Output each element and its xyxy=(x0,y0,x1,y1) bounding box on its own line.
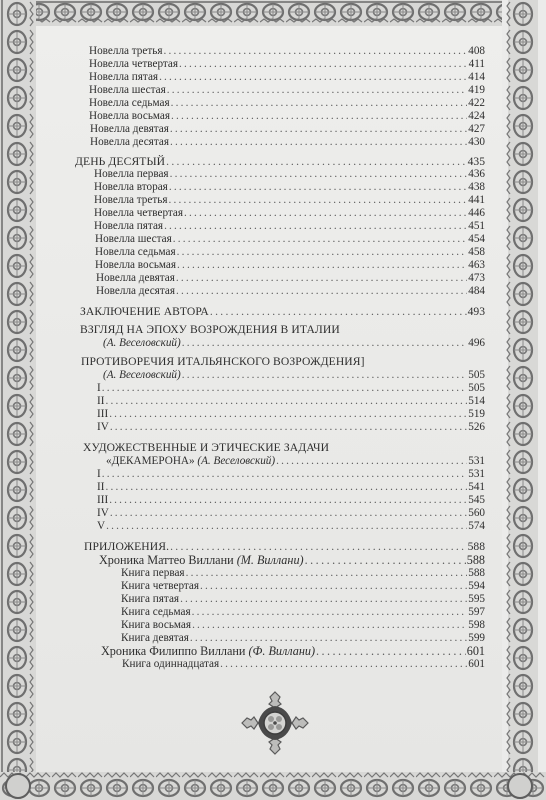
table-of-contents: Новелла третья408 Новелла четвертая411 Н… xyxy=(0,0,546,800)
toc-entry[interactable]: Книга восьмая598 xyxy=(121,619,485,632)
toc-entry[interactable]: Новелла третья408 xyxy=(89,45,485,58)
dot-leader xyxy=(192,606,468,619)
dot-leader xyxy=(182,337,467,350)
dot-leader xyxy=(176,285,467,298)
dot-leader xyxy=(169,194,468,207)
toc-entry[interactable]: III519 xyxy=(97,408,485,421)
author-credit: (А. Веселовский) xyxy=(197,455,275,467)
dot-leader xyxy=(106,520,467,533)
section-subtitle: «ДЕКАМЕРОНА» xyxy=(106,455,195,467)
toc-entry[interactable]: IV526 xyxy=(97,421,485,434)
dot-leader xyxy=(316,645,466,658)
toc-entry[interactable]: Новелла первая436 xyxy=(94,168,485,181)
author-credit: (Ф. Виллани) xyxy=(248,644,315,658)
dot-leader xyxy=(176,272,467,285)
dot-leader xyxy=(180,593,467,606)
dot-leader xyxy=(179,58,468,71)
toc-entry[interactable]: I505 xyxy=(97,382,485,395)
dot-leader xyxy=(171,97,468,110)
toc-entry[interactable]: Новелла восьмая424 xyxy=(89,110,485,123)
toc-entry[interactable]: Новелла седьмая458 xyxy=(95,246,485,259)
dot-leader xyxy=(166,155,466,168)
toc-section-title[interactable]: ХУДОЖЕСТВЕННЫЕ И ЭТИЧЕСКИЕ ЗАДАЧИ xyxy=(83,441,329,454)
dot-leader xyxy=(169,181,467,194)
dot-leader xyxy=(102,382,467,395)
toc-entry[interactable]: Новелла девятая427 xyxy=(90,123,485,136)
dot-leader xyxy=(159,71,467,84)
dot-leader xyxy=(164,220,467,233)
dot-leader xyxy=(210,305,467,318)
toc-entry[interactable]: Книга пятая595 xyxy=(121,593,485,606)
toc-entry[interactable]: Новелла восьмая463 xyxy=(95,259,485,272)
dot-leader xyxy=(170,168,468,181)
dot-leader xyxy=(170,123,467,136)
dot-leader xyxy=(200,580,467,593)
toc-entry[interactable]: (А. Веселовский)496 xyxy=(103,337,485,350)
dot-leader xyxy=(164,45,468,58)
toc-entry[interactable]: Книга четвертая594 xyxy=(121,580,485,593)
toc-entry[interactable]: Новелла пятая451 xyxy=(94,220,485,233)
toc-entry[interactable]: II541 xyxy=(97,481,485,494)
dot-leader xyxy=(109,494,467,507)
toc-entry[interactable]: «ДЕКАМЕРОНА» (А. Веселовский)531 xyxy=(106,455,485,468)
dot-leader xyxy=(110,421,467,434)
toc-entry[interactable]: Книга первая588 xyxy=(121,567,485,580)
dot-leader xyxy=(177,246,468,259)
toc-entry[interactable]: Хроника Филиппо Виллани (Ф. Виллани)601 xyxy=(101,645,485,658)
dot-leader xyxy=(184,207,467,220)
toc-section-conclusion[interactable]: ЗАКЛЮЧЕНИЕ АВТОРА493 xyxy=(80,305,485,318)
toc-entry[interactable]: Новелла шестая454 xyxy=(95,233,485,246)
toc-entry[interactable]: Новелла седьмая422 xyxy=(89,97,485,110)
toc-entry[interactable]: Новелла десятая484 xyxy=(96,285,485,298)
toc-entry[interactable]: Новелла третья441 xyxy=(94,194,485,207)
dot-leader xyxy=(182,369,467,382)
toc-section-title[interactable]: ПРОТИВОРЕЧИЯ ИТАЛЬЯНСКОГО ВОЗРОЖДЕНИЯ] xyxy=(81,355,365,368)
dot-leader xyxy=(171,110,467,123)
toc-entry[interactable]: Новелла четвертая446 xyxy=(94,207,485,220)
toc-entry[interactable]: Книга одиннадцатая601 xyxy=(122,658,485,671)
dot-leader xyxy=(173,233,467,246)
toc-entry[interactable]: Книга седьмая597 xyxy=(121,606,485,619)
toc-entry[interactable]: I531 xyxy=(97,468,485,481)
book-page: Новелла третья408 Новелла четвертая411 Н… xyxy=(0,0,546,800)
dot-leader xyxy=(105,481,467,494)
author-credit: (М. Виллани) xyxy=(237,553,304,567)
toc-entry[interactable]: Новелла шестая419 xyxy=(89,84,485,97)
dot-leader xyxy=(102,468,467,481)
toc-entry[interactable]: V574 xyxy=(97,520,485,533)
cross-ornament-icon xyxy=(238,688,312,758)
dot-leader xyxy=(192,619,467,632)
dot-leader xyxy=(170,540,467,553)
author-credit: (А. Веселовский) xyxy=(103,369,181,381)
dot-leader xyxy=(105,395,467,408)
author-credit: (А. Веселовский) xyxy=(103,337,181,349)
toc-entry[interactable]: IV560 xyxy=(97,507,485,520)
toc-section-title[interactable]: ВЗГЛЯД НА ЭПОХУ ВОЗРОЖДЕНИЯ В ИТАЛИИ xyxy=(80,323,340,336)
toc-entry[interactable]: Новелла девятая473 xyxy=(96,272,485,285)
toc-section-day10[interactable]: ДЕНЬ ДЕСЯТЫЙ435 xyxy=(75,155,485,168)
toc-entry[interactable]: Хроника Маттео Виллани (М. Виллани)588 xyxy=(99,554,485,567)
toc-entry[interactable]: Новелла четвертая411 xyxy=(89,58,485,71)
toc-entry[interactable]: III545 xyxy=(97,494,485,507)
toc-entry[interactable]: (А. Веселовский)505 xyxy=(103,369,485,382)
toc-entry[interactable]: II514 xyxy=(97,395,485,408)
toc-entry[interactable]: Новелла пятая414 xyxy=(89,71,485,84)
toc-entry[interactable]: Новелла вторая438 xyxy=(94,181,485,194)
dot-leader xyxy=(220,658,467,671)
toc-section-appendices[interactable]: ПРИЛОЖЕНИЯ.588 xyxy=(84,540,485,553)
dot-leader xyxy=(110,507,467,520)
dot-leader xyxy=(177,259,467,272)
dot-leader xyxy=(109,408,467,421)
dot-leader xyxy=(167,84,467,97)
dot-leader xyxy=(276,455,467,468)
toc-entry[interactable]: Новелла десятая430 xyxy=(90,136,485,149)
dot-leader xyxy=(170,136,467,149)
dot-leader xyxy=(186,567,468,580)
dot-leader xyxy=(305,554,466,567)
